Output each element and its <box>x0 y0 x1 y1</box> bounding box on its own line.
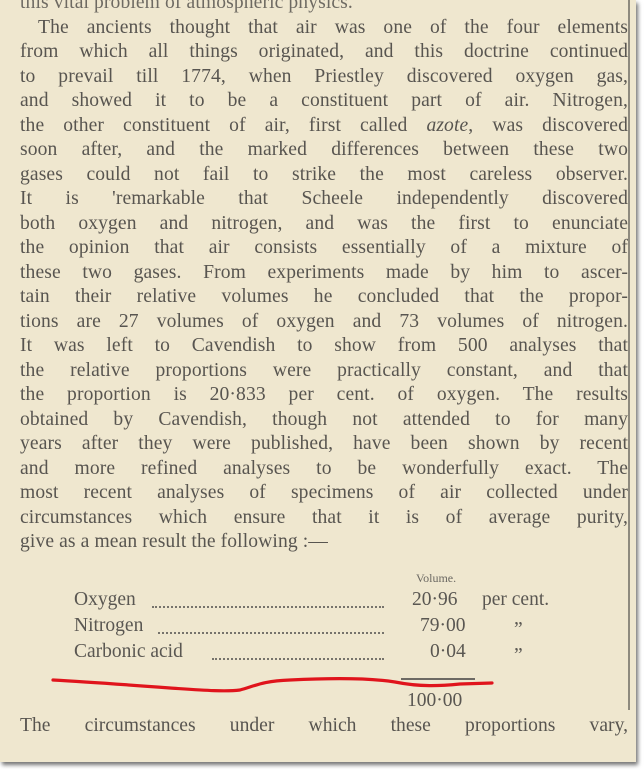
text-line: The circumstances under which these prop… <box>20 715 628 737</box>
scanned-book-page: this vital problem of atmospheric physic… <box>0 0 636 762</box>
red-underline-annotation <box>0 0 636 762</box>
